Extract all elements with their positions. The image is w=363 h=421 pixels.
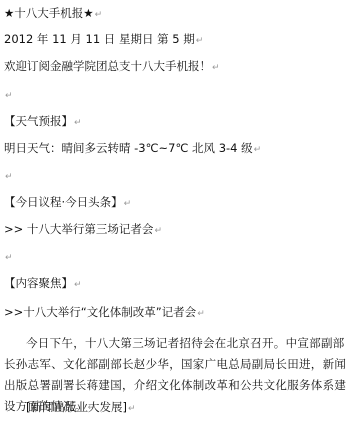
focus-tag: [新闻出版业大发展]↵ bbox=[26, 400, 136, 416]
agenda-headline-text: >> 十八大举行第三场记者会 bbox=[4, 222, 153, 236]
paragraph-mark-icon: ↵ bbox=[5, 91, 13, 101]
paragraph-mark-icon: ↵ bbox=[254, 145, 262, 155]
agenda-headline: >> 十八大举行第三场记者会↵ bbox=[4, 222, 162, 238]
paragraph-mark-icon: ↵ bbox=[212, 63, 220, 73]
agenda-header-text: 【今日议程·今日头条】 bbox=[4, 195, 123, 209]
paragraph-mark-icon: ↵ bbox=[128, 404, 136, 414]
newspaper-title: ★十八大手机报★↵ bbox=[4, 6, 102, 22]
focus-tag-text: [新闻出版业大发展] bbox=[26, 400, 127, 414]
weather-header: 【天气预报】↵ bbox=[4, 114, 82, 130]
empty-line: ↵ bbox=[4, 168, 13, 184]
weather-forecast: 明日天气：晴间多云转晴 -3℃~7℃ 北风 3-4 级↵ bbox=[4, 141, 261, 157]
focus-headline: >>十八大举行“文化体制改革”记者会↵ bbox=[4, 305, 205, 321]
paragraph-mark-icon: ↵ bbox=[197, 309, 205, 319]
paragraph-mark-icon: ↵ bbox=[5, 253, 13, 263]
paragraph-mark-icon: ↵ bbox=[154, 226, 162, 236]
weather-text: 明日天气：晴间多云转晴 -3℃~7℃ 北风 3-4 级 bbox=[4, 141, 253, 155]
empty-line: ↵ bbox=[4, 87, 13, 103]
weather-header-text: 【天气预报】 bbox=[4, 114, 73, 128]
paragraph-mark-icon: ↵ bbox=[196, 36, 204, 46]
paragraph-mark-icon: ↵ bbox=[5, 172, 13, 182]
focus-headline-text: >>十八大举行“文化体制改革”记者会 bbox=[4, 305, 196, 319]
welcome-line: 欢迎订阅金融学院团总支十八大手机报！↵ bbox=[4, 59, 220, 75]
date-line: 2012 年 11 月 11 日 星期日 第 5 期↵ bbox=[4, 32, 203, 48]
focus-header: 【内容聚焦】↵ bbox=[4, 276, 82, 292]
focus-header-text: 【内容聚焦】 bbox=[4, 276, 73, 290]
agenda-header: 【今日议程·今日头条】↵ bbox=[4, 195, 131, 211]
date-text: 2012 年 11 月 11 日 星期日 第 5 期 bbox=[4, 32, 195, 46]
title-text: ★十八大手机报★ bbox=[4, 6, 94, 20]
paragraph-mark-icon: ↵ bbox=[124, 199, 132, 209]
paragraph-mark-icon: ↵ bbox=[95, 10, 103, 20]
paragraph-mark-icon: ↵ bbox=[74, 118, 82, 128]
welcome-text: 欢迎订阅金融学院团总支十八大手机报！ bbox=[4, 59, 211, 73]
paragraph-mark-icon: ↵ bbox=[74, 280, 82, 290]
empty-line: ↵ bbox=[4, 249, 13, 265]
